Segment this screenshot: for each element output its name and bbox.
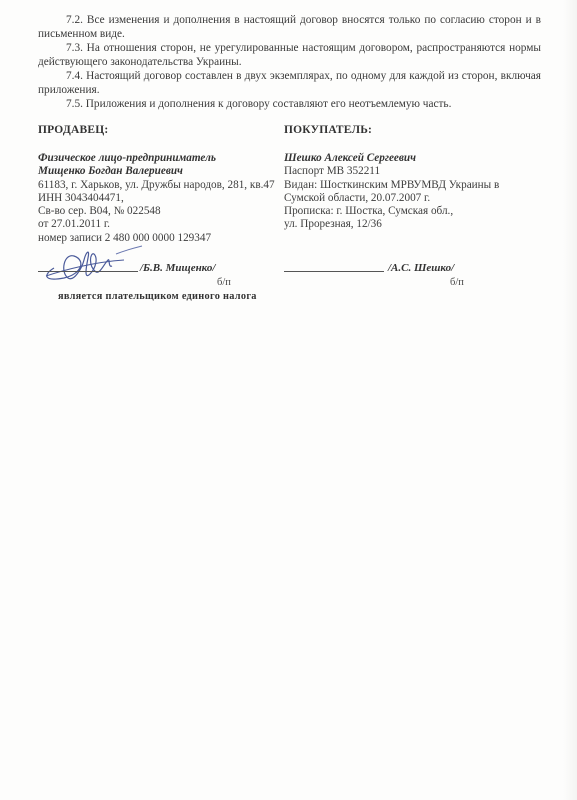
buyer-registration-1: Прописка: г. Шостка, Сумская обл., bbox=[284, 205, 499, 218]
seller-title: ПРОДАВЕЦ: bbox=[38, 124, 108, 136]
buyer-name: Шешко Алексей Сергеевич bbox=[284, 152, 499, 165]
page-edge bbox=[563, 0, 577, 800]
buyer-signature-name: /А.С. Шешко/ bbox=[388, 262, 454, 274]
buyer-signature-line bbox=[284, 271, 384, 272]
buyer-title: ПОКУПАТЕЛЬ: bbox=[284, 124, 372, 136]
buyer-issued-2: Сумской области, 20.07.2007 г. bbox=[284, 192, 499, 205]
seller-signature-name: /Б.В. Мищенко/ bbox=[140, 262, 215, 274]
buyer-details: Шешко Алексей Сергеевич Паспорт МВ 35221… bbox=[284, 152, 499, 232]
seller-inn: ИНН 3043404471, bbox=[38, 192, 275, 205]
seller-signature-icon bbox=[34, 238, 144, 288]
contract-clauses: 7.2. Все изменения и дополнения в настоя… bbox=[38, 13, 541, 111]
clause-7-4: 7.4. Настоящий договор составлен в двух … bbox=[38, 69, 541, 97]
seller-details: Физическое лицо-предприниматель Мищенко … bbox=[38, 152, 275, 245]
buyer-bp: б/п bbox=[450, 277, 464, 288]
seller-tax-note: является плательщиком единого налога bbox=[58, 291, 257, 302]
seller-certificate: Св-во сер. В04, № 022548 bbox=[38, 205, 275, 218]
seller-address: 61183, г. Харьков, ул. Дружбы народов, 2… bbox=[38, 179, 275, 192]
seller-certificate-date: от 27.01.2011 г. bbox=[38, 218, 275, 231]
clause-7-2: 7.2. Все изменения и дополнения в настоя… bbox=[38, 13, 541, 41]
buyer-registration-2: ул. Прорезная, 12/36 bbox=[284, 218, 499, 231]
seller-bp: б/п bbox=[217, 277, 231, 288]
buyer-passport: Паспорт МВ 352211 bbox=[284, 165, 499, 178]
buyer-issued-1: Видан: Шосткинским МРВУМВД Украины в bbox=[284, 179, 499, 192]
seller-name: Мищенко Богдан Валериевич bbox=[38, 165, 275, 178]
seller-type: Физическое лицо-предприниматель bbox=[38, 152, 275, 165]
clause-7-5: 7.5. Приложения и дополнения к договору … bbox=[38, 97, 541, 111]
seller-signature-line bbox=[38, 271, 138, 272]
clause-7-3: 7.3. На отношения сторон, не урегулирова… bbox=[38, 41, 541, 69]
